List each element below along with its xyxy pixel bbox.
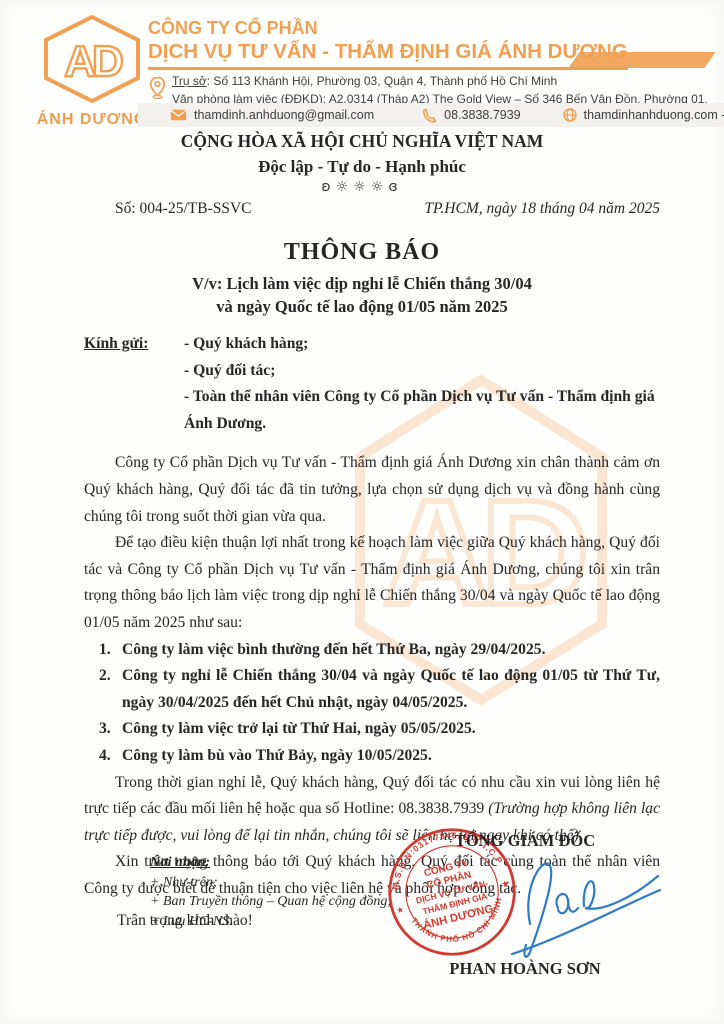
phone-contact: 08.3838.7939 <box>422 108 520 123</box>
signature-scribble <box>492 846 662 964</box>
email-contact: thamdinh.anhduong@gmail.com <box>170 108 374 122</box>
svg-text:AD: AD <box>64 37 122 86</box>
document-title: THÔNG BÁO <box>0 239 724 266</box>
globe-icon <box>563 108 577 122</box>
email-text: thamdinh.anhduong@gmail.com <box>194 108 374 122</box>
stamp-star-left: ★ <box>395 904 405 916</box>
schedule-item: 4. Công ty làm bù vào Thứ Bảy, ngày 10/0… <box>84 743 660 770</box>
recipients-label: Kính gửi: <box>84 331 184 437</box>
schedule-item: 1. Công ty làm việc bình thường đến hết … <box>84 637 660 664</box>
phone-text: 08.3838.7939 <box>444 108 520 122</box>
recipient-item: - Toàn thể nhân viên Công ty Cổ phần Dịc… <box>184 384 660 437</box>
company-logo: AD ÁNH DƯƠNG <box>36 14 148 129</box>
document-subtitle-1: V/v: Lịch làm việc dịp nghỉ lễ Chiến thắ… <box>0 273 724 296</box>
company-line2: DỊCH VỤ TƯ VẤN - THẨM ĐỊNH GIÁ ÁNH DƯƠNG <box>148 39 628 70</box>
recipient-item: - Quý khách hàng; <box>184 331 660 358</box>
distribution-item: + Như trên; <box>150 873 392 893</box>
document-meta-row: Số: 004-25/TB-SSVC TP.HCM, ngày 18 tháng… <box>84 200 660 218</box>
paragraph-2: Để tạo điều kiện thuận lợi nhất trong kế… <box>84 530 660 636</box>
distribution-item: + Lưu HC-NS. <box>150 912 392 932</box>
recipient-item: - Quý đối tác; <box>184 358 660 385</box>
logo-caption: ÁNH DƯƠNG <box>36 111 148 129</box>
national-motto-line1: CỘNG HÒA XÃ HỘI CHỦ NGHĨA VIỆT NAM <box>0 131 724 152</box>
phone-icon <box>422 108 437 123</box>
document-subtitle-2: và ngày Quốc tế lao động 01/05 năm 2025 <box>0 296 724 319</box>
contact-strip: thamdinh.anhduong@gmail.com 08.3838.7939… <box>138 103 724 127</box>
logo-hexagon-icon: AD <box>40 14 144 104</box>
schedule-item: 2. Công ty nghỉ lễ Chiến thắng 30/04 và … <box>84 663 660 716</box>
website-text: thamdinhanhduong.com - ssvc.vn <box>584 108 724 122</box>
company-name-block: CÔNG TY CỔ PHẦN DỊCH VỤ TƯ VẤN - THẨM ĐỊ… <box>148 17 628 70</box>
schedule-list: 1. Công ty làm việc bình thường đến hết … <box>84 637 660 770</box>
place-and-date: TP.HCM, ngày 18 tháng 04 năm 2025 <box>424 200 660 218</box>
distribution-label: Nơi nhận: <box>150 853 392 873</box>
document-page: AD AD ÁNH DƯƠNG CÔNG TY CỔ PHẦN DỊCH VỤ … <box>0 0 724 1024</box>
website-contact: thamdinhanhduong.com - ssvc.vn <box>563 108 724 122</box>
recipients-list: - Quý khách hàng; - Quý đối tác; - Toàn … <box>184 331 660 437</box>
divider-ornament: ʚ☼☼☼ɞ <box>0 179 724 195</box>
envelope-icon <box>170 109 187 121</box>
distribution-item: + Ban Truyền thông – Quan hệ cộng đồng; <box>150 892 392 912</box>
national-motto-line2: Độc lập - Tự do - Hạnh phúc <box>0 157 724 177</box>
signer-name: PHAN HOÀNG SƠN <box>380 959 670 979</box>
address-hq: Trụ sở: Số 113 Khánh Hội, Phường 03, Quậ… <box>172 73 724 91</box>
address-hq-label: Trụ sở <box>172 74 207 88</box>
document-number: Số: 004-25/TB-SSVC <box>84 200 252 218</box>
recipients-block: Kính gửi: - Quý khách hàng; - Quý đối tá… <box>84 331 660 437</box>
distribution-block: Nơi nhận: + Như trên; + Ban Truyền thông… <box>150 853 392 931</box>
address-hq-text: : Số 113 Khánh Hội, Phường 03, Quận 4, T… <box>207 74 557 88</box>
company-line1: CÔNG TY CỔ PHẦN <box>148 17 628 39</box>
location-pin-icon <box>150 77 165 99</box>
paragraph-1: Công ty Cổ phần Dịch vụ Tư vấn - Thẩm đị… <box>84 450 660 530</box>
schedule-item: 3. Công ty làm việc trở lại từ Thứ Hai, … <box>84 716 660 743</box>
